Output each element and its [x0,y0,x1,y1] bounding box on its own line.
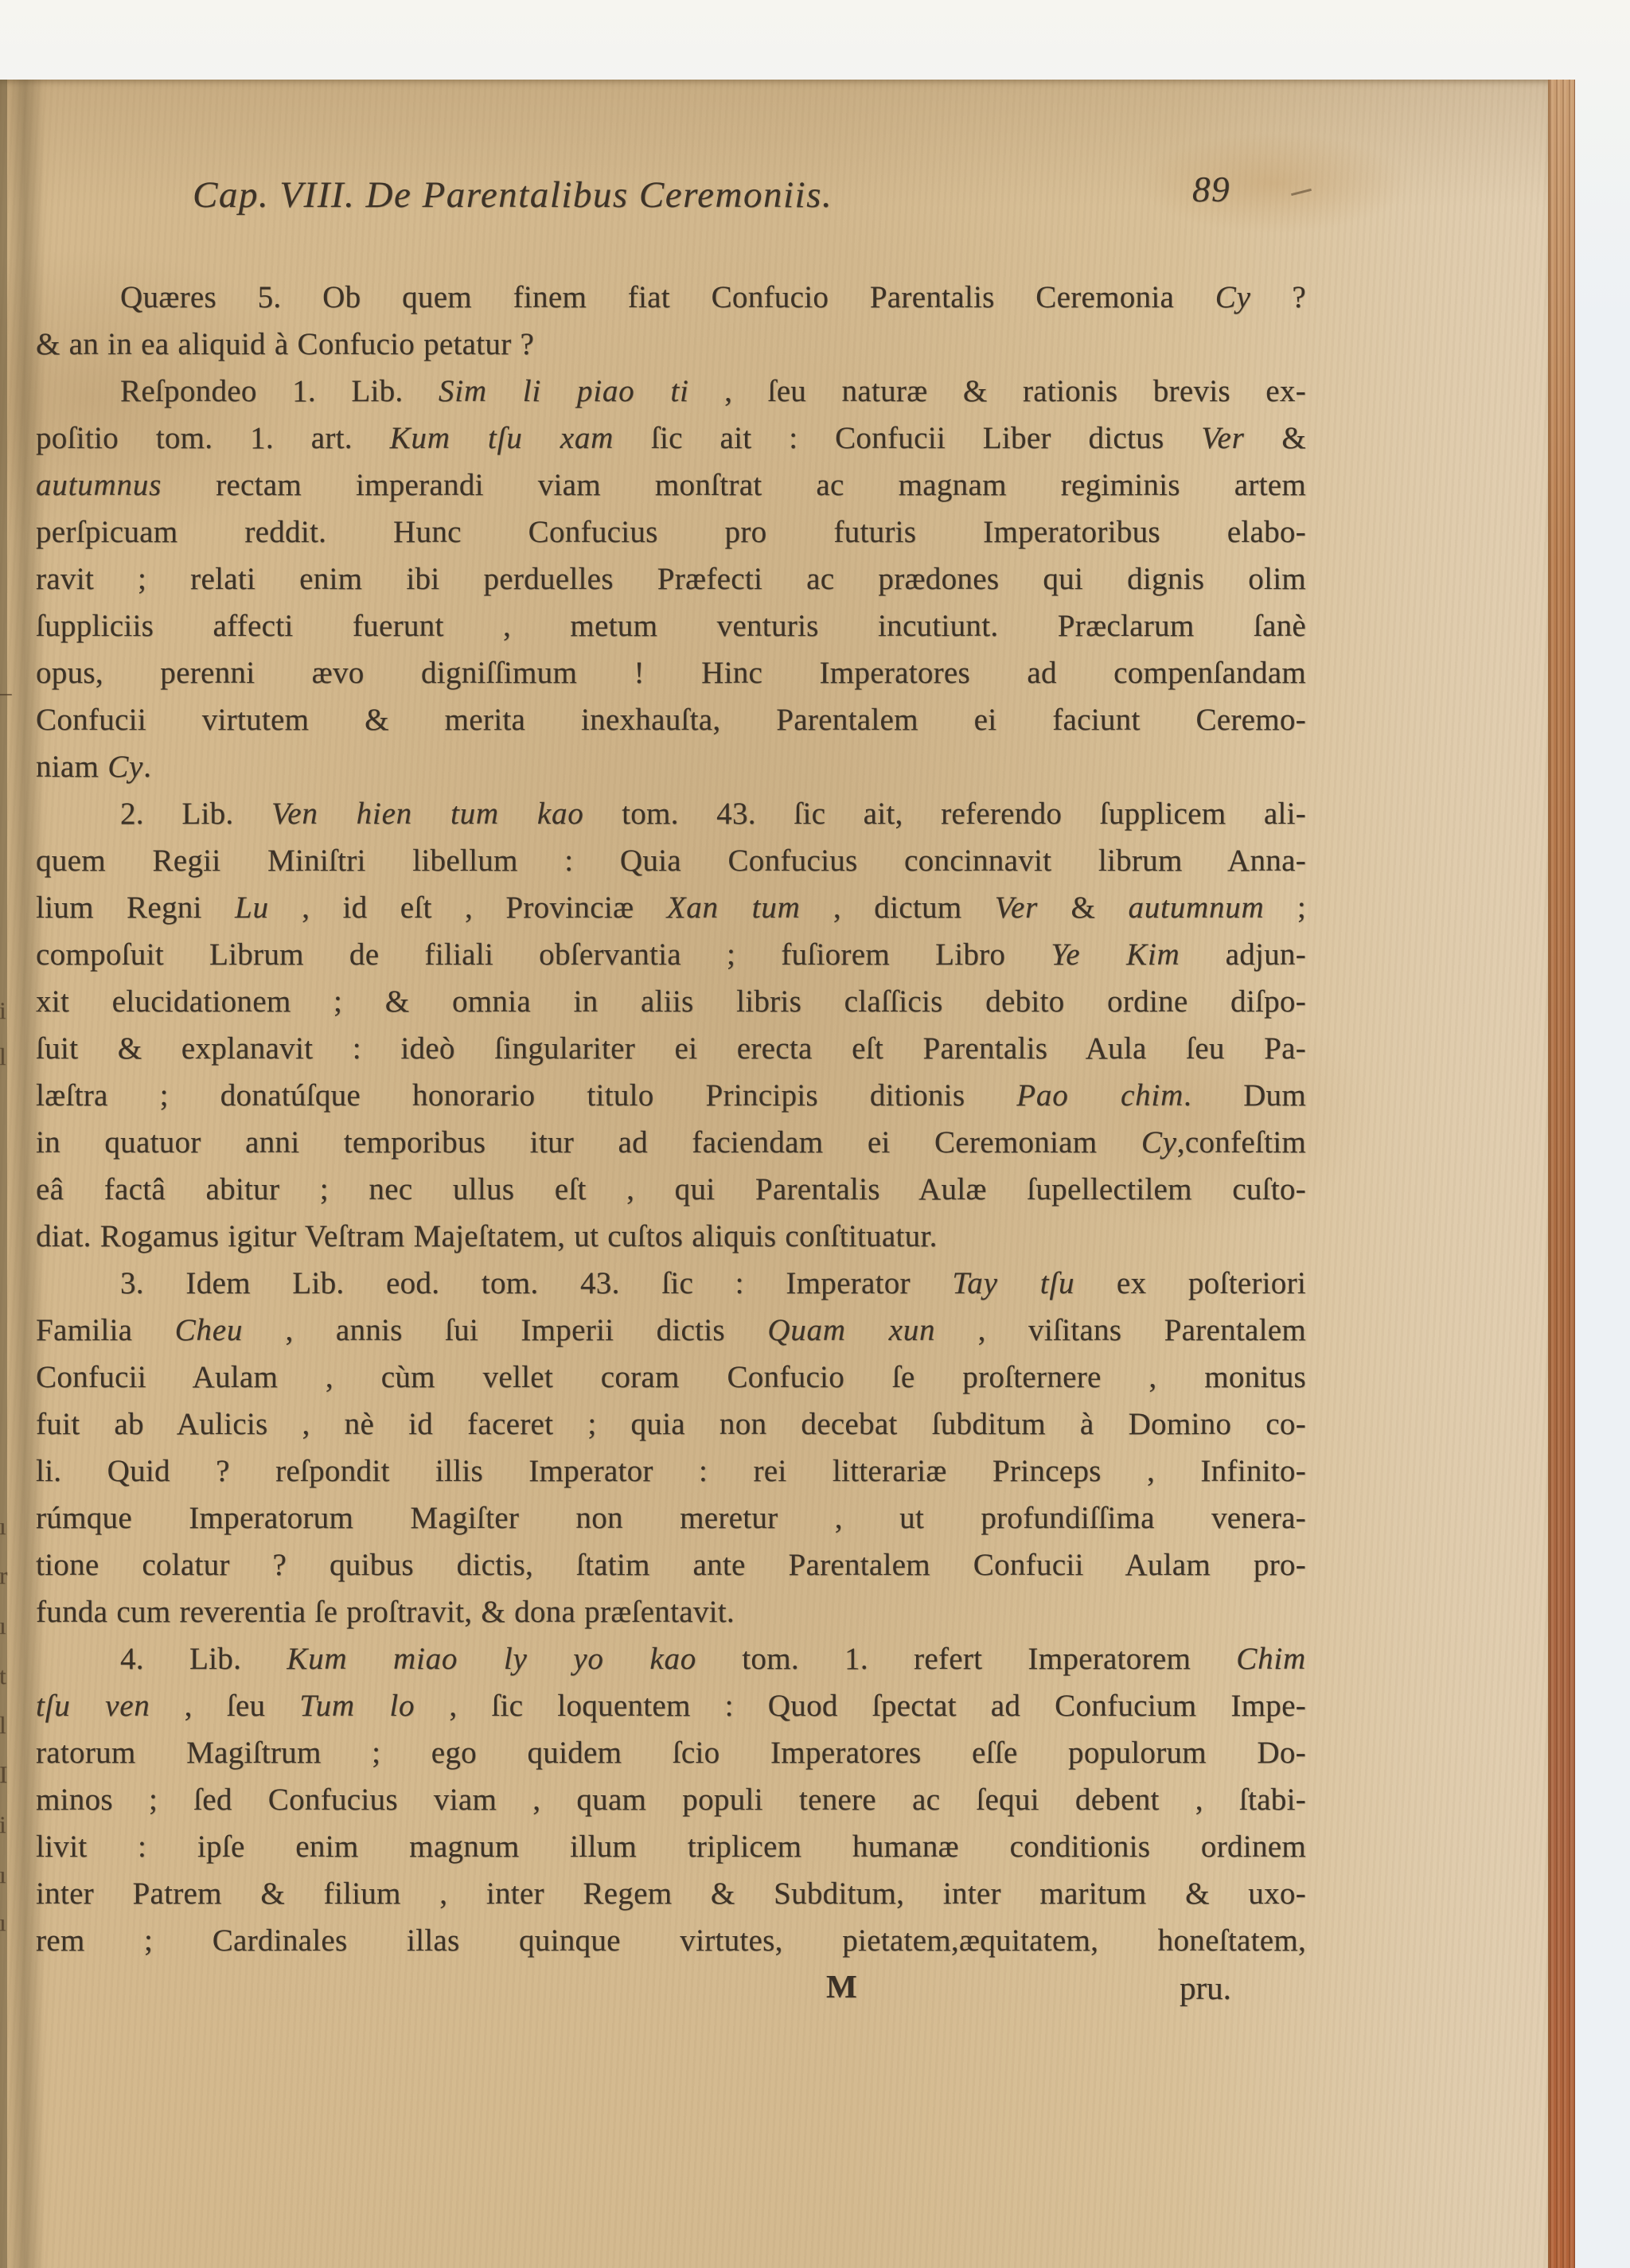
text-line: quem Regii Miniſtri libellum : Quia Conf… [36,837,1306,884]
text-line: Quæres 5. Ob quem finem fiat Confucio Pa… [36,274,1306,321]
roman-text: diat. Rogamus igitur Veſtram Majeſtatem,… [36,1219,938,1253]
text-line: ratorum Magiſtrum ; ego quidem ſcio Impe… [36,1729,1306,1776]
roman-text: , annis ſui Imperii dictis [243,1313,767,1347]
italic-text: Sim li piao ti [439,374,689,408]
paragraph: 4. Lib. Kum miao ly yo kao tom. 1. refer… [36,1635,1306,1964]
bleedthrough-glyph: – [0,678,12,707]
text-line: Confucii Aulam , cùm vellet coram Confuc… [36,1354,1306,1401]
roman-text: , ſic loquentem : Quod ſpectat ad Confuc… [415,1689,1306,1723]
roman-text: Confucii virtutem & merita inexhauſta, P… [36,703,1306,737]
italic-text: Quam xun [767,1313,935,1347]
text-line: & an in ea aliquid à Confucio petatur ? [36,321,1306,368]
text-line: ravit ; relati enim ibi perduelles Præfe… [36,555,1306,602]
roman-text: & an in ea aliquid à Confucio petatur ? [36,327,534,361]
roman-text: 3. Idem Lib. eod. tom. 43. ſic : Imperat… [120,1266,952,1300]
italic-text: Ver [1201,421,1244,455]
italic-text: autumnum [1128,890,1264,925]
italic-text: Ven hien tum kao [271,797,584,831]
italic-text: Cheu [175,1313,244,1347]
text-line: inter Patrem & filium , inter Regem & Su… [36,1870,1306,1917]
paragraph: Reſpondeo 1. Lib. Sim li piao ti , ſeu n… [36,368,1306,790]
text-line: 3. Idem Lib. eod. tom. 43. ſic : Imperat… [36,1260,1306,1307]
page-foot: M pru. [0,1967,1548,2015]
italic-text: Lu [235,890,269,925]
roman-text: , dictum [801,890,995,925]
text-line: diat. Rogamus igitur Veſtram Majeſtatem,… [36,1213,1306,1260]
text-line: ſuppliciis affecti fuerunt , metum ventu… [36,602,1306,649]
text-line: opus, perenni ævo digniſſimum ! Hinc Imp… [36,649,1306,696]
text-line: poſitio tom. 1. art. Kum tſu xam ſic ait… [36,415,1306,462]
text-line: Reſpondeo 1. Lib. Sim li piao ti , ſeu n… [36,368,1306,415]
bleedthrough-glyph: ı [0,1611,6,1640]
roman-text: , ſeu naturæ & rationis brevis ex- [689,374,1306,408]
text-line: funda cum reverentia ſe proſtravit, & do… [36,1588,1306,1635]
text-line: læſtra ; donatúſque honorario titulo Pri… [36,1072,1306,1119]
italic-text: autumnus [36,468,162,502]
roman-text: ratorum Magiſtrum ; ego quidem ſcio Impe… [36,1736,1306,1770]
book-fore-edge [1548,80,1575,2268]
roman-text: ravit ; relati enim ibi perduelles Præfe… [36,562,1306,596]
text-line: niam Cy. [36,743,1306,790]
roman-text: opus, perenni ævo digniſſimum ! Hinc Imp… [36,656,1306,690]
roman-text: minos ; ſed Confucius viam , quam populi… [36,1783,1306,1817]
roman-text: ; [1265,890,1306,925]
roman-text: Quæres 5. Ob quem finem fiat Confucio Pa… [120,280,1215,314]
text-line: lium Regni Lu , id eſt , Provinciæ Xan t… [36,884,1306,931]
text-line: perſpicuam reddit. Hunc Confucius pro fu… [36,509,1306,555]
italic-text: Kum tſu xam [390,421,614,455]
roman-text: ſic ait : Confucii Liber dictus [614,421,1201,455]
roman-text: 2. Lib. [120,797,271,831]
roman-text: 4. Lib. [120,1642,287,1676]
paragraph: 3. Idem Lib. eod. tom. 43. ſic : Imperat… [36,1260,1306,1635]
roman-text: ? [1251,280,1306,314]
catchword: pru. [1180,1969,1231,2007]
text-line: tione colatur ? quibus dictis, ſtatim an… [36,1541,1306,1588]
italic-text: Kum miao ly yo kao [287,1642,696,1676]
text-line: compoſuit Librum de filiali obſervantia … [36,931,1306,978]
italic-text: Cy [1141,1125,1177,1159]
roman-text: tom. 1. refert Imperatorem [696,1642,1236,1676]
roman-text: Confucii Aulam , cùm vellet coram Confuc… [36,1360,1306,1394]
italic-text: tſu ven [36,1689,150,1723]
roman-text: fuit ab Aulicis , nè id faceret ; quia n… [36,1407,1306,1441]
roman-text: Reſpondeo 1. Lib. [120,374,439,408]
text-line: xit elucidationem ; & omnia in aliis lib… [36,978,1306,1025]
roman-text: ex poſteriori [1074,1266,1306,1300]
text-line: rúmque Imperatorum Magiſter non meretur … [36,1494,1306,1541]
text-line: 4. Lib. Kum miao ly yo kao tom. 1. refer… [36,1635,1306,1682]
page-number: 89 [1192,169,1230,210]
bleedthrough-glyph: ı [0,1512,6,1541]
roman-text: xit elucidationem ; & omnia in aliis lib… [36,984,1306,1019]
roman-text: ſuit & explanavit : ideò ſingulariter ei… [36,1031,1306,1066]
text-line: Confucii virtutem & merita inexhauſta, P… [36,696,1306,743]
roman-text: rúmque Imperatorum Magiſter non meretur … [36,1501,1306,1535]
text-line: fuit ab Aulicis , nè id faceret ; quia n… [36,1401,1306,1448]
running-head: Cap. VIII. De Parentalibus Ceremoniis. 8… [0,173,1548,237]
bleedthrough-glyph: ı [0,1908,6,1937]
text-line: eâ factâ abitur ; nec ullus eſt , qui Pa… [36,1166,1306,1213]
italic-text: Ver [995,890,1038,925]
bleedthrough-glyph: i [0,1810,6,1839]
roman-text: lium Regni [36,890,235,925]
roman-text: compoſuit Librum de filiali obſervantia … [36,937,1051,972]
bleedthrough-glyph: I [0,1760,7,1789]
roman-text: rem ; Cardinales illas quinque virtutes,… [36,1923,1306,1958]
roman-text: , id eſt , Provinciæ [269,890,667,925]
roman-text: tione colatur ? quibus dictis, ſtatim an… [36,1548,1306,1582]
text-line: minos ; ſed Confucius viam , quam populi… [36,1776,1306,1823]
roman-text: li. Quid ? reſpondit illis Imperator : r… [36,1454,1306,1488]
text-line: livit : ipſe enim magnum illum triplicem… [36,1823,1306,1870]
roman-text: in quatuor anni temporibus itur ad facie… [36,1125,1141,1159]
roman-text: . [143,750,151,784]
paragraph: Quæres 5. Ob quem finem fiat Confucio Pa… [36,274,1306,368]
text-line: tſu ven , ſeu Tum lo , ſic loquentem : Q… [36,1682,1306,1729]
text-line: 2. Lib. Ven hien tum kao tom. 43. ſic ai… [36,790,1306,837]
roman-text: . Dum [1184,1078,1306,1113]
roman-text: ſuppliciis affecti fuerunt , metum ventu… [36,609,1306,643]
italic-text: Tay tſu [952,1266,1074,1300]
text-line: rem ; Cardinales illas quinque virtutes,… [36,1917,1306,1964]
italic-text: Cy [107,750,143,784]
italic-text: Pao chim [1016,1078,1184,1113]
roman-text: funda cum reverentia ſe proſtravit, & do… [36,1595,735,1629]
page-left-edge [0,80,7,2268]
italic-text: Cy [1215,280,1251,314]
roman-text: læſtra ; donatúſque honorario titulo Pri… [36,1078,1016,1113]
book-scan: Cap. VIII. De Parentalibus Ceremoniis. 8… [0,0,1630,2268]
roman-text: & [1245,421,1306,455]
roman-text: niam [36,750,107,784]
italic-text: Chim [1236,1642,1306,1676]
paragraph: 2. Lib. Ven hien tum kao tom. 43. ſic ai… [36,790,1306,1260]
stray-pen-mark [1291,189,1312,196]
roman-text: tom. 43. ſic ait, referendo ſupplicem al… [584,797,1306,831]
chapter-title: Cap. VIII. De Parentalibus Ceremoniis. [193,173,833,216]
bleedthrough-glyph: r [0,1561,7,1590]
italic-text: Tum lo [299,1689,415,1723]
roman-text: , viſitans Parentalem [935,1313,1306,1347]
bleedthrough-glyph: l [0,1042,6,1071]
roman-text: ,confeſtim [1177,1125,1306,1159]
book-page: Cap. VIII. De Parentalibus Ceremoniis. 8… [0,80,1548,2268]
text-line: Familia Cheu , annis ſui Imperii dictis … [36,1307,1306,1354]
roman-text: poſitio tom. 1. art. [36,421,390,455]
roman-text: Familia [36,1313,175,1347]
bleedthrough-glyph: t [0,1662,6,1690]
roman-text: perſpicuam reddit. Hunc Confucius pro fu… [36,515,1306,549]
bleedthrough-glyph: ı [0,1861,6,1889]
bleedthrough-glyph: i [0,996,6,1025]
text-line: autumnus rectam imperandi viam monſtrat … [36,462,1306,509]
italic-text: Xan tum [667,890,801,925]
signature-mark: M [826,1967,858,2005]
roman-text: , ſeu [150,1689,300,1723]
italic-text: Ye Kim [1051,937,1180,972]
text-line: in quatuor anni temporibus itur ad facie… [36,1119,1306,1166]
roman-text: quem Regii Miniſtri libellum : Quia Conf… [36,844,1306,878]
roman-text: eâ factâ abitur ; nec ullus eſt , qui Pa… [36,1172,1306,1206]
roman-text: livit : ipſe enim magnum illum triplicem… [36,1830,1306,1864]
roman-text: inter Patrem & filium , inter Regem & Su… [36,1876,1306,1911]
roman-text: adjun- [1180,937,1306,972]
text-line: ſuit & explanavit : ideò ſingulariter ei… [36,1025,1306,1072]
roman-text: & [1038,890,1128,925]
text-line: li. Quid ? reſpondit illis Imperator : r… [36,1448,1306,1494]
roman-text: rectam imperandi viam monſtrat ac magnam… [162,468,1306,502]
bleedthrough-glyph: l [0,1711,6,1740]
body-text: Quæres 5. Ob quem finem fiat Confucio Pa… [36,274,1306,1964]
